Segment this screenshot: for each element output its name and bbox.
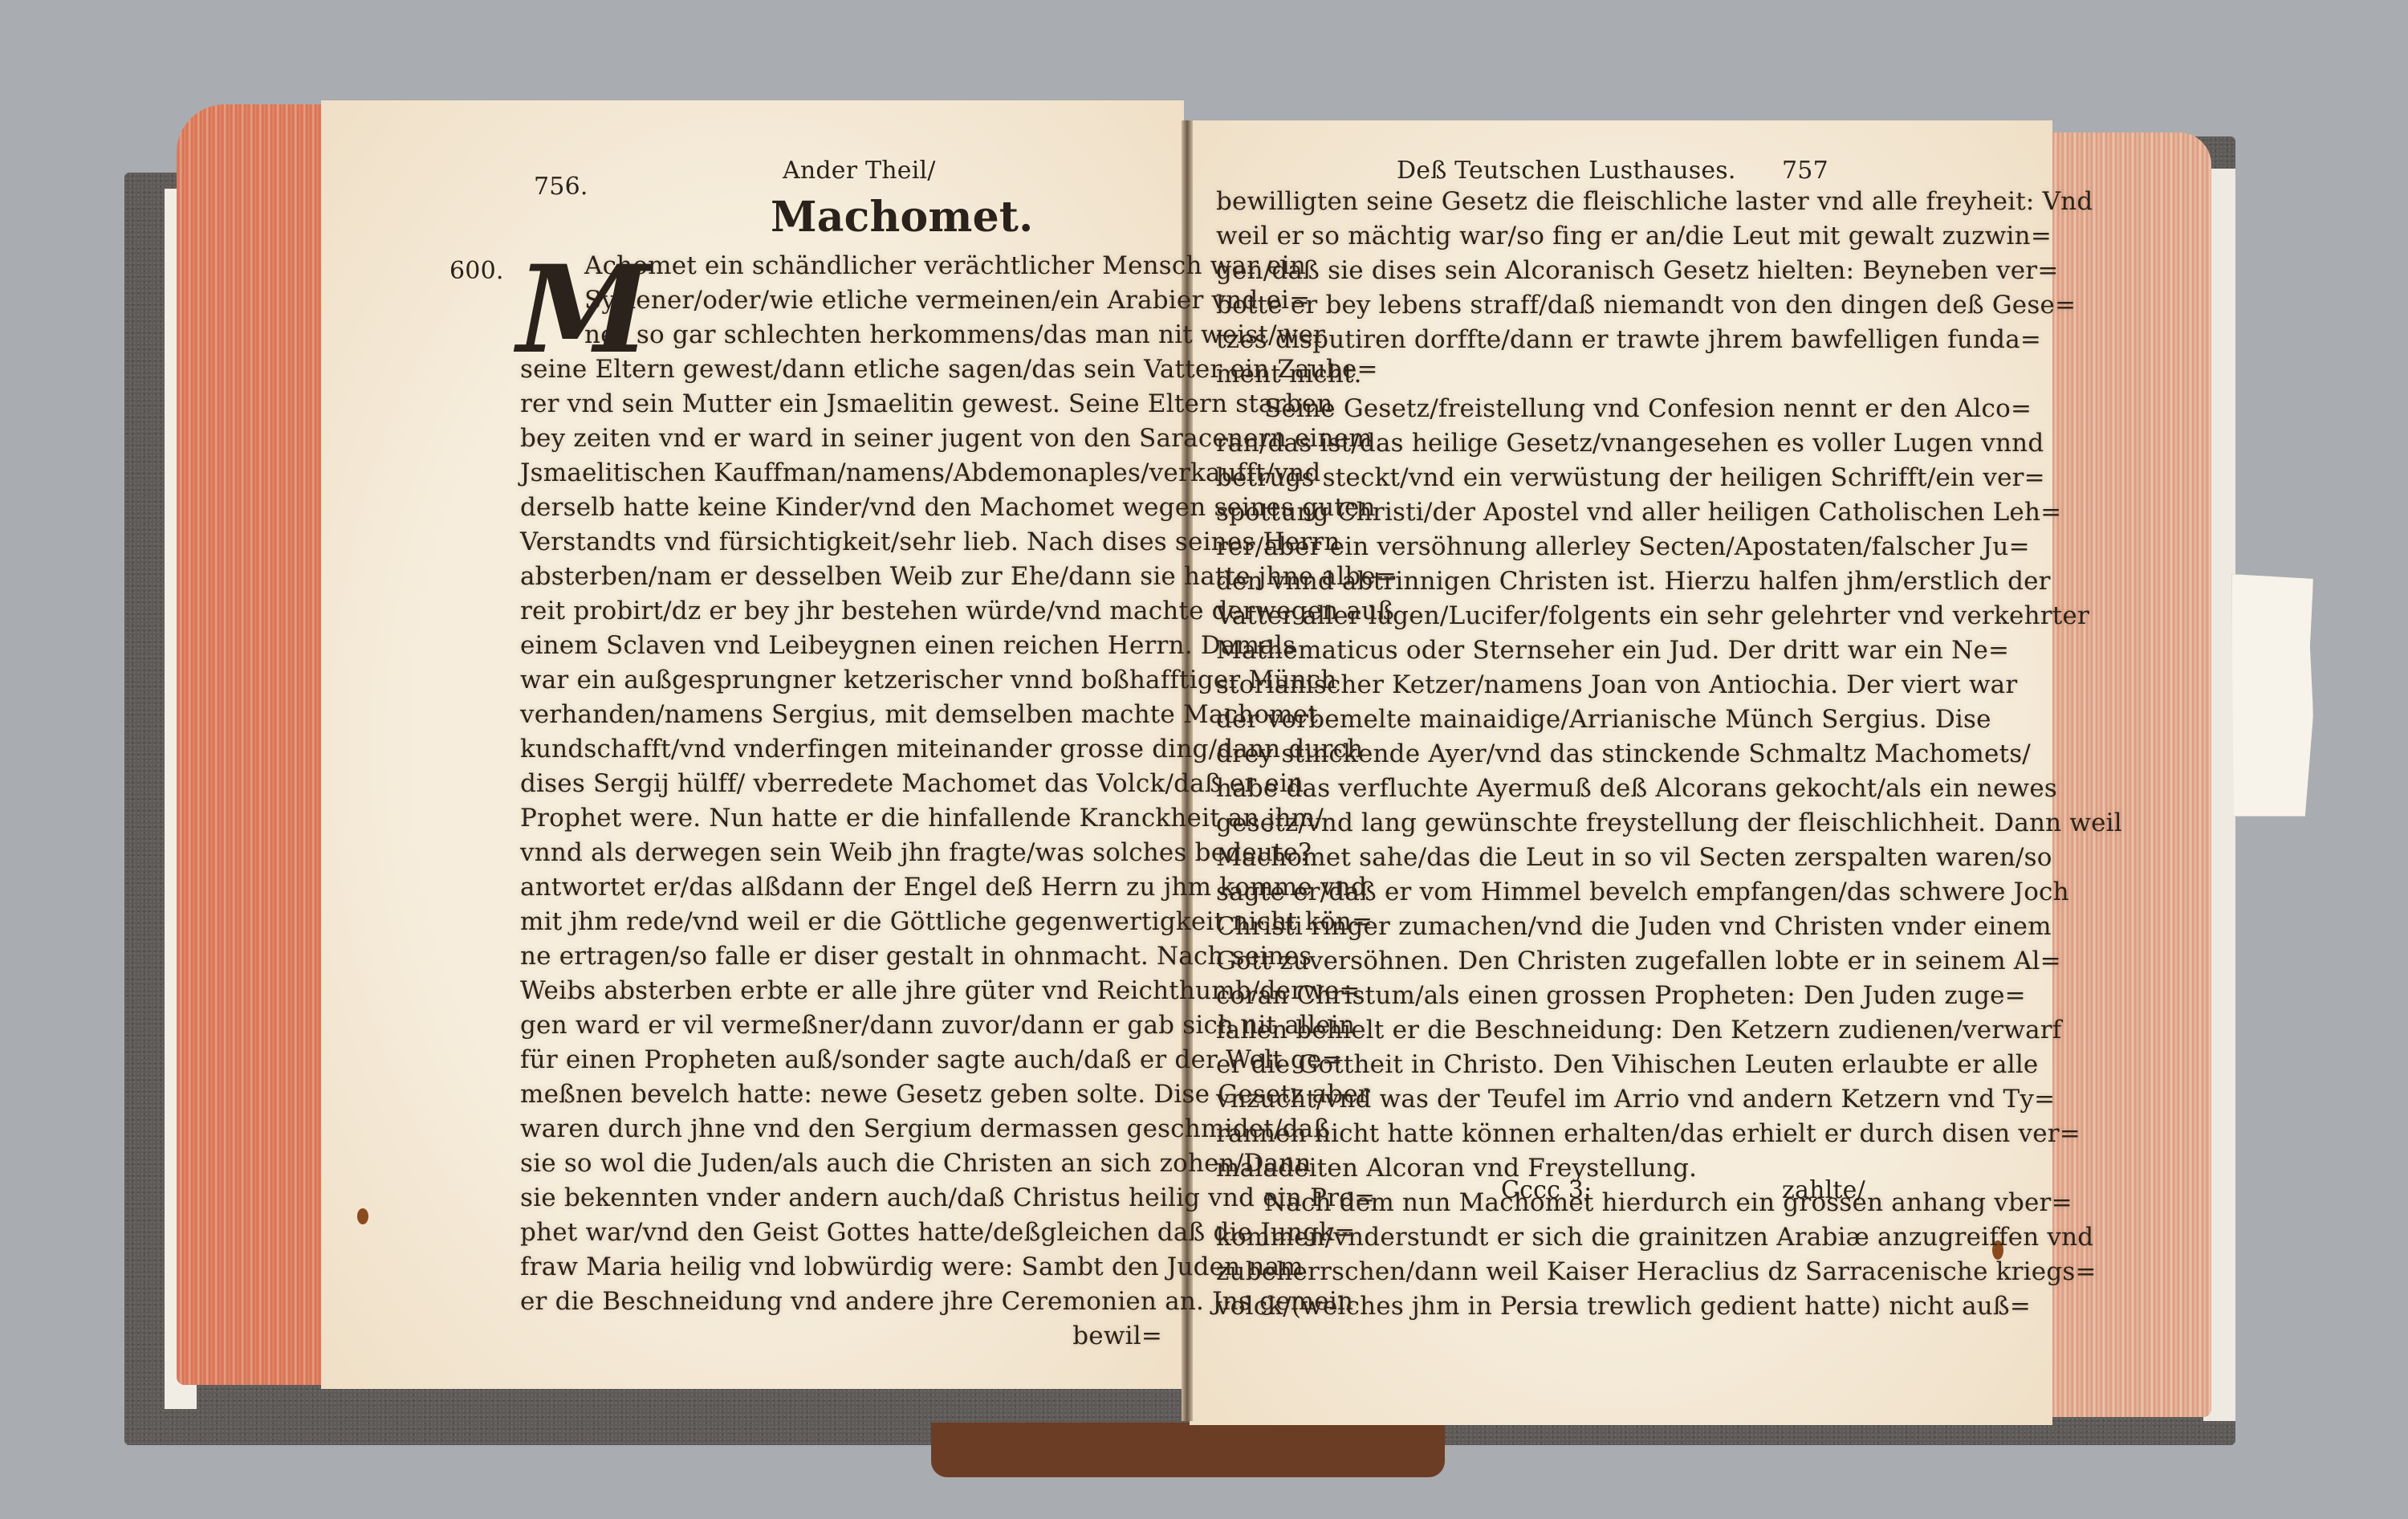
text-line: habe das verfluchte Ayermuß deß Alcorans…	[1216, 772, 1826, 806]
catchword-left: bewil=	[520, 1319, 1162, 1354]
text-line: vnzucht/vnd was der Teufel im Arrio vnd …	[1216, 1082, 1826, 1117]
text-line: für einen Propheten auß/sonder sagte auc…	[520, 1043, 1162, 1077]
text-line: botte er bey lebens straff/daß niemandt …	[1216, 288, 1826, 323]
text-line: Prophet were. Nun hatte er die hinfallen…	[520, 801, 1162, 836]
text-line: phet war/vnd den Geist Gottes hatte/deßg…	[520, 1216, 1162, 1250]
text-line: er die Gottheit in Christo. Den Vihische…	[1216, 1048, 1826, 1082]
text-line: weil er so mächtig war/so fing er an/die…	[1216, 219, 1826, 254]
text-line: bey zeiten vnd er ward in seiner jugent …	[520, 421, 1162, 456]
text-line: antwortet er/das alßdann der Engel deß H…	[520, 870, 1162, 905]
running-head-right: Deß Teutschen Lusthauses.	[1397, 157, 1736, 185]
text-line: Vatter aller lugen/Lucifer/folgents ein …	[1216, 599, 1826, 633]
text-line: Jsmaelitischen Kauffman/namens/Abdemonap…	[520, 456, 1162, 491]
text-line: Christi ringer zumachen/vnd die Juden vn…	[1216, 910, 1826, 944]
text-line: war ein außgesprungner ketzerischer vnnd…	[520, 663, 1162, 698]
text-line: bewilligten seine Gesetz die fleischlich…	[1216, 185, 1826, 219]
fore-edge-left-red	[177, 104, 325, 1385]
text-line: sagte er/daß er vom Himmel bevelch empfa…	[1216, 875, 1826, 910]
text-line: gesetz/vnd lang gewünschte freystellung …	[1216, 806, 1826, 841]
body-text-right: bewilligten seine Gesetz die fleischlich…	[1216, 185, 1826, 1324]
text-line: waren durch jhne vnd den Sergium dermass…	[520, 1112, 1162, 1146]
text-line: er die Beschneidung vnd andere jhre Cere…	[520, 1285, 1162, 1319]
text-line: ne ertragen/so falle er diser gestalt in…	[520, 939, 1162, 974]
running-head-left: Ander Theil/	[783, 157, 936, 185]
text-line: fallen behielt er die Beschneidung: Den …	[1216, 1013, 1826, 1048]
text-line: meßnen bevelch hatte: newe Gesetz geben …	[520, 1077, 1162, 1112]
text-line: sie so wol die Juden/als auch die Christ…	[520, 1146, 1162, 1181]
text-line: Machomet sahe/das die Leut in so vil Sec…	[1216, 841, 1826, 875]
text-line: einem Sclaven vnd Leibeygnen einen reich…	[520, 629, 1162, 663]
text-line: vnnd als derwegen sein Weib jhn fragte/w…	[520, 836, 1162, 870]
text-line: sie bekennten vnder andern auch/daß Chri…	[520, 1181, 1162, 1216]
signature-mark: Cccc 3;	[1501, 1176, 1592, 1204]
text-line: kommen/vnderstundt er sich die grainitze…	[1216, 1220, 1826, 1255]
text-line: Gott zuversöhnen. Den Christen zugefalle…	[1216, 944, 1826, 979]
text-line: mit jhm rede/vnd weil er die Göttliche g…	[520, 905, 1162, 939]
text-line: coran Christum/als einen grossen Prophet…	[1216, 979, 1826, 1013]
catchword-right: zahlte/	[1782, 1176, 1865, 1204]
text-line: Verstandts vnd fürsichtigkeit/sehr lieb.…	[520, 525, 1162, 560]
text-line: reit probirt/dz er bey jhr bestehen würd…	[520, 594, 1162, 629]
text-line: drey stinckende Ayer/vnd das stinckende …	[1216, 737, 1826, 772]
text-line: tzes disputiren dorffte/dann er trawte j…	[1216, 323, 1826, 357]
text-line: zubeherrschen/dann weil Kaiser Heraclius…	[1216, 1255, 1826, 1289]
text-line: ran/das ist/das heilige Gesetz/vnangeseh…	[1216, 426, 1826, 461]
text-line: derselb hatte keine Kinder/vnd den Macho…	[520, 491, 1162, 525]
text-line: Seine Gesetz/freistellung vnd Confesion …	[1216, 392, 1826, 426]
text-line: volck/(welches jhm in Persia trewlich ge…	[1216, 1289, 1826, 1324]
text-line: ment nicht.	[1216, 357, 1826, 392]
leather-spine	[931, 1423, 1445, 1477]
page-number-left: 756.	[534, 173, 588, 201]
text-line: rer/aber ein versöhnung allerley Secten/…	[1216, 530, 1826, 564]
text-line: gen/daß sie dises sein Alcoranisch Geset…	[1216, 254, 1826, 288]
margin-note-year: 600.	[449, 257, 504, 285]
text-line: betrugs steckt/vnd ein verwüstung der he…	[1216, 461, 1826, 495]
text-line: kundschafft/vnd vnderfingen miteinander …	[520, 732, 1162, 767]
text-line: der vorbemelte mainaidige/Arrianische Mü…	[1216, 702, 1826, 737]
text-line: gen ward er vil vermeßner/dann zuvor/dan…	[520, 1008, 1162, 1043]
foxing-stain	[357, 1208, 368, 1224]
text-line: rannen nicht hatte können erhalten/das e…	[1216, 1117, 1826, 1151]
text-line: den vnnd abtrinnigen Christen ist. Hierz…	[1216, 564, 1826, 599]
text-line: absterben/nam er desselben Weib zur Ehe/…	[520, 560, 1162, 594]
chapter-title: Machomet.	[771, 193, 1033, 242]
text-line: Mathematicus oder Sternseher ein Jud. De…	[1216, 633, 1826, 668]
page-number-right: 757	[1782, 157, 1828, 185]
drop-cap: M	[517, 254, 650, 366]
text-line: fraw Maria heilig vnd lobwürdig were: Sa…	[520, 1250, 1162, 1285]
text-line: Weibs absterben erbte er alle jhre güter…	[520, 974, 1162, 1008]
text-line: storianischer Ketzer/namens Joan von Ant…	[1216, 668, 1826, 702]
text-line: spottung Christi/der Apostel vnd aller h…	[1216, 495, 1826, 530]
text-line: dises Sergij hülff/ vberredete Machomet …	[520, 767, 1162, 801]
text-line: rer vnd sein Mutter ein Jsmaelitin gewes…	[520, 387, 1162, 421]
text-line: verhanden/namens Sergius, mit demselben …	[520, 698, 1162, 732]
body-text-left: M Achomet ein schändlicher verächtlicher…	[520, 249, 1162, 1354]
paper-bookmark-slip[interactable]	[2231, 574, 2313, 817]
